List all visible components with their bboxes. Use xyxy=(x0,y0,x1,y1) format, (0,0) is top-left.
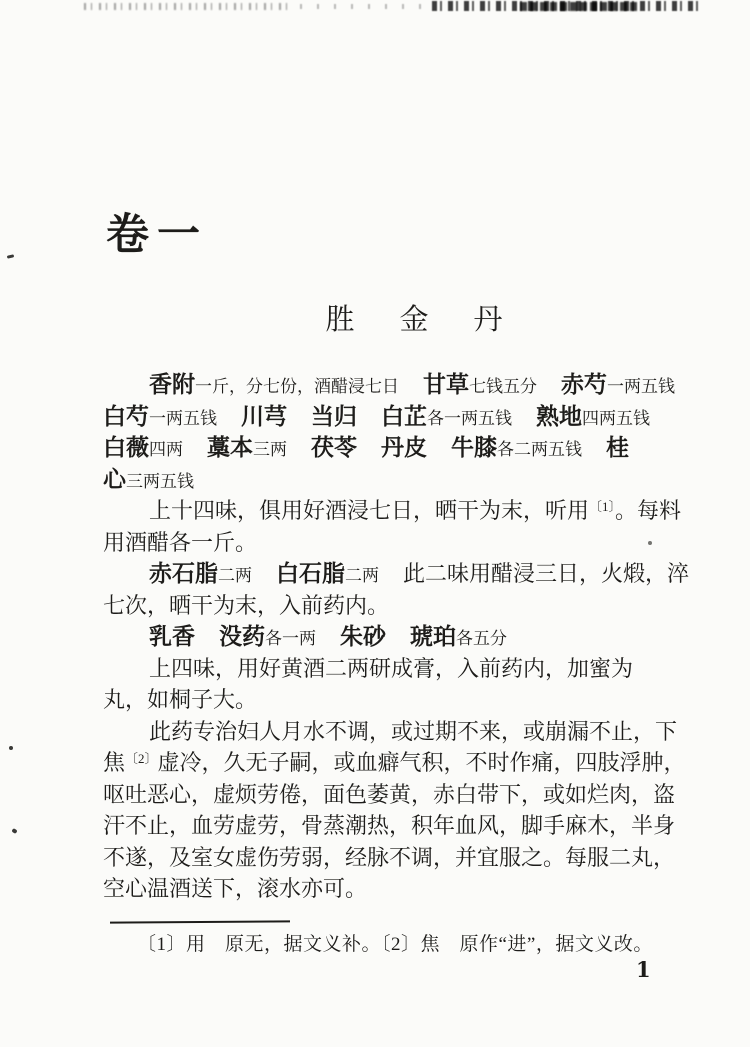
body-text-segment: 不遂，及室女虚伤劳弱，经脉不调，并宜服之。每服二丸， xyxy=(103,845,675,870)
body-text-segment: 七次，晒干为末，入前药内。 xyxy=(103,593,389,618)
dosage: 四两 xyxy=(149,440,183,459)
text-line: 此药专治妇人月水不调，或过期不来，或崩漏不止，下 xyxy=(103,716,675,748)
dosage: 三两五钱 xyxy=(126,472,194,491)
herb-name: 熟地 xyxy=(536,404,582,429)
dosage: 一两五钱 xyxy=(607,377,675,396)
body-text-segment: 焦 xyxy=(103,750,125,775)
herb-name: 当归 xyxy=(311,404,357,429)
dosage: 各一两 xyxy=(265,629,316,648)
body-text-segment: 汗不止，血劳虚劳，骨蒸潮热，积年血风，脚手麻木，半身 xyxy=(103,813,675,838)
footnote-rule xyxy=(110,920,290,923)
dosage: 一斤，分七份，酒醋浸七日 xyxy=(195,377,399,396)
formula-title: 胜 金 丹 xyxy=(0,302,750,340)
herb-name: 赤芍 xyxy=(561,372,607,397)
herb-name: 没药 xyxy=(219,624,265,649)
herb-name: 丹皮 xyxy=(381,435,427,460)
body-text-segment: 。每料 xyxy=(615,498,681,523)
text-line: 用酒醋各一斤。 xyxy=(103,527,675,559)
text-line: 白芍一两五钱川芎当归白芷各一两五钱熟地四两五钱 xyxy=(103,401,675,433)
herb-name: 牛膝 xyxy=(451,435,497,460)
text-line: 赤石脂二两白石脂二两此二味用醋浸三日，火煅，淬 xyxy=(103,558,675,590)
text-line: 心三两五钱 xyxy=(103,464,675,496)
herb-name: 朱砂 xyxy=(340,624,386,649)
text-line: 乳香没药各一两朱砂琥珀各五分 xyxy=(103,621,675,653)
page-number: 1 xyxy=(636,957,651,982)
herb-name: 心 xyxy=(103,467,126,492)
dosage: 二两 xyxy=(218,566,252,585)
text-line: 焦〔2〕虚冷，久无子嗣，或血癖气积，不时作痛，四肢浮肿， xyxy=(103,747,675,779)
dosage: 二两 xyxy=(345,566,379,585)
text-line: 呕吐恶心，虚烦劳倦，面色萎黄，赤白带下，或如烂肉，盗 xyxy=(103,779,675,811)
herb-name: 乳香 xyxy=(149,624,195,649)
body-text-segment: 上四味，用好黄酒二两研成膏，入前药内，加蜜为 xyxy=(149,656,633,681)
body-text-segment: 丸，如桐子大。 xyxy=(103,687,257,712)
body-text-segment: 用酒醋各一斤。 xyxy=(103,530,257,555)
body-text-segment: 上十四味，俱用好酒浸七日，晒干为末，听用 xyxy=(149,498,589,523)
text-line: 汗不止，血劳虚劳，骨蒸潮热，积年血风，脚手麻木，半身 xyxy=(103,810,675,842)
body-text: 香附一斤，分七份，酒醋浸七日甘草七钱五分赤芍一两五钱白芍一两五钱川芎当归白芷各一… xyxy=(103,369,675,905)
footnote-ref: 〔1〕 xyxy=(589,499,615,514)
herb-name: 藁本 xyxy=(207,435,253,460)
scan-speck xyxy=(7,254,14,258)
scan-artifact-top xyxy=(520,2,640,11)
herb-name: 甘草 xyxy=(423,372,469,397)
body-text-segment: 此二味用醋浸三日，火煅，淬 xyxy=(403,561,689,586)
body-text-segment: 此药专治妇人月水不调，或过期不来，或崩漏不止，下 xyxy=(149,719,677,744)
text-line: 不遂，及室女虚伤劳弱，经脉不调，并宜服之。每服二丸， xyxy=(103,842,675,874)
footnote-ref: 〔2〕 xyxy=(125,751,158,766)
dosage: 各一两五钱 xyxy=(427,409,512,428)
herb-name: 香附 xyxy=(149,372,195,397)
text-line: 空心温酒送下，滚水亦可。 xyxy=(103,873,675,905)
herb-name: 白芷 xyxy=(381,404,427,429)
dosage: 一两五钱 xyxy=(149,409,217,428)
herb-name: 白芍 xyxy=(103,404,149,429)
herb-name: 川芎 xyxy=(241,404,287,429)
dosage: 四两五钱 xyxy=(582,409,650,428)
herb-name: 赤石脂 xyxy=(149,561,218,586)
text-line: 上十四味，俱用好酒浸七日，晒干为末，听用〔1〕。每料 xyxy=(103,495,675,527)
herb-name: 茯苓 xyxy=(311,435,357,460)
scan-speck xyxy=(11,828,17,834)
scan-speck xyxy=(9,746,13,750)
scan-artifact-top xyxy=(432,1,700,11)
herb-name: 白薇 xyxy=(103,435,149,460)
body-text-segment: 空心温酒送下，滚水亦可。 xyxy=(103,876,367,901)
volume-heading: 卷一 xyxy=(106,210,208,262)
scanned-page: 卷一 胜 金 丹 香附一斤，分七份，酒醋浸七日甘草七钱五分赤芍一两五钱白芍一两五… xyxy=(0,0,750,1047)
scan-artifact-top xyxy=(300,4,435,9)
dosage: 各五分 xyxy=(456,629,507,648)
text-line: 七次，晒干为末，入前药内。 xyxy=(103,590,675,622)
dosage: 七钱五分 xyxy=(469,377,537,396)
body-text-segment: 虚冷，久无子嗣，或血癖气积，不时作痛，四肢浮肿， xyxy=(158,750,686,775)
dosage: 三两 xyxy=(253,440,287,459)
text-line: 白薇四两藁本三两茯苓丹皮牛膝各二两五钱桂 xyxy=(103,432,675,464)
scan-artifact-top xyxy=(84,3,294,10)
herb-name: 桂 xyxy=(606,435,629,460)
herb-name: 琥珀 xyxy=(410,624,456,649)
text-line: 丸，如桐子大。 xyxy=(103,684,675,716)
herb-name: 白石脂 xyxy=(276,561,345,586)
text-line: 香附一斤，分七份，酒醋浸七日甘草七钱五分赤芍一两五钱 xyxy=(103,369,675,401)
body-text-segment: 呕吐恶心，虚烦劳倦，面色萎黄，赤白带下，或如烂肉，盗 xyxy=(103,782,675,807)
footnote: 〔1〕用 原无，据文义补。〔2〕焦 原作“进”，据文义改。 xyxy=(137,929,653,956)
text-line: 上四味，用好黄酒二两研成膏，入前药内，加蜜为 xyxy=(103,653,675,685)
dosage: 各二两五钱 xyxy=(497,440,582,459)
